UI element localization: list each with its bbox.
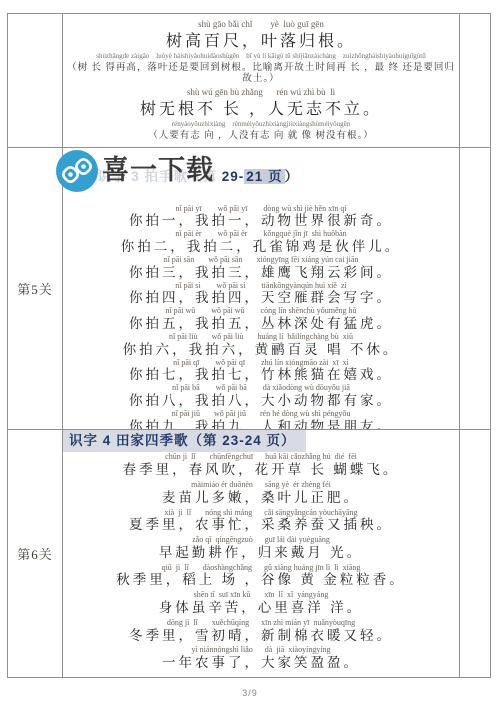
- verse-couplet: zǎo qǐ qíngēngzuò guī lái dài yuèguāng 早…: [63, 536, 459, 562]
- watermark-text: 喜一下载: [98, 155, 220, 188]
- hanzi-line: 你拍四，我拍四，天空雁群会写字。: [63, 290, 459, 307]
- pinyin-line: nǐ pāi liù wǒ pāi liù huáng lí bǎilíngch…: [63, 333, 459, 342]
- pinyin-line: shù gāo bǎi chǐ yè luò guī gēn: [67, 19, 455, 29]
- note-pinyin-line: shùzhǎngde zàigāo luòyè háishiyàohuídàos…: [67, 53, 455, 61]
- level-cell-6: 第6关: [8, 430, 63, 677]
- verse-couplet: nǐ pāi yī wǒ pāi yī dòng wù shì jiè hěn …: [63, 205, 459, 231]
- pinyin-line: màimiáo ér duōnèn sāng yè ér zhèng féi: [63, 481, 459, 490]
- verse-couplet: qiū jì lǐ dàoshàngchǎng gǔ xiàng huáng j…: [63, 564, 459, 590]
- hanzi-line: 你拍一，我拍一，动物世界很新奇。: [63, 213, 459, 230]
- page-number: 3/9: [0, 688, 500, 698]
- hanzi-line: 你拍八，我拍八，大小动物都有家。: [63, 393, 459, 410]
- pinyin-line: nǐ pāi bā wǒ pāi bā dà xiǎodòng wù dōuyǒ…: [63, 384, 459, 393]
- verse-couplet: nǐ pāi èr wǒ pāi èr kǒngquè jǐn jī shì h…: [63, 230, 459, 256]
- hanzi-line: 一年农事了，大家笑盈盈。: [63, 655, 459, 672]
- verse-couplet: nǐ pāi wǔ wǒ pāi wǔ cóng lín shēnchù yǒu…: [63, 307, 459, 333]
- level-label: 第5关: [17, 279, 53, 298]
- hanzi-line: 夏季里，农事忙，采桑养蚕又插秧。: [63, 517, 459, 534]
- lesson3-verses: nǐ pāi yī wǒ pāi yī dòng wù shì jiè hěn …: [63, 205, 459, 430]
- pinyin-line: nǐ pāi jiǔ wǒ pāi jiǔ rén hé dòng wù shì…: [63, 410, 459, 419]
- verse-couplet: xià jì lǐ nóng shì máng cǎi sāngyǎngcán …: [63, 509, 459, 535]
- hanzi-line: 你拍五，我拍五，丛林深处有猛虎。: [63, 316, 459, 333]
- note-line: （树 长 得再高，落叶还是要回到树根。比喻离开故土时间再 长 ，最 终 还是要回…: [67, 63, 455, 85]
- verse-couplet: chūn jì lǐ chūnfēngchuī huā kāi cǎozhǎng…: [63, 453, 459, 479]
- lesson4-verses: chūn jì lǐ chūnfēngchuī huā kāi cǎozhǎng…: [63, 452, 459, 674]
- verse-couplet: nǐ pāi qī wǒ pāi qī zhú lín xióngmāo zài…: [63, 359, 459, 385]
- note-line: （人要有志 向 ，人没有志 向 就 像 树没有根。）: [67, 131, 455, 142]
- pinyin-line: shù wú gēn bù zhǎng rén wú zhì bù lì: [67, 87, 455, 97]
- lesson4-cell: 识字 4 田家四季歌（第 23-24 页） chūn jì lǐ chūnfēn…: [63, 430, 459, 677]
- pinyin-line: nǐ pāi wǔ wǒ pāi wǔ cóng lín shēnchù yǒu…: [63, 307, 459, 316]
- verse-couplet: nǐ pāi sì wǒ pāi sì tiānkōngyànqún huì x…: [63, 282, 459, 308]
- hanzi-line: 你拍三，我拍三，雄鹰飞翔云彩间。: [63, 265, 459, 282]
- pinyin-line: chūn jì lǐ chūnfēngchuī huā kāi cǎozhǎng…: [63, 453, 459, 462]
- hanzi-line: 身体虽辛苦，心里喜洋 洋。: [63, 600, 459, 617]
- right-margin-cell: [459, 148, 490, 430]
- note-pinyin-line: rényàoyǒuzhìxiàng rénméiyǒuzhìxiàngjiùxi…: [67, 121, 455, 129]
- hanzi-line: 你拍六，我拍六，黄鹂百灵 唱 不休。: [63, 342, 459, 359]
- worksheet-table: shù gāo bǎi chǐ yè luò guī gēn 树高百尺，叶落归根…: [7, 13, 491, 678]
- hanzi-line: 你拍二，我拍二，孔雀锦鸡是伙伴儿。: [63, 239, 459, 256]
- verse-couplet: yì niánnóngshì liǎo dà jiā xiàoyíngyíng …: [63, 646, 459, 672]
- level-label: 第6关: [17, 544, 53, 563]
- lesson4-header: 识字 4 田家四季歌（第 23-24 页）: [63, 430, 306, 452]
- pinyin-line: nǐ pāi sān wǒ pāi sān xióngyīng fēi xián…: [63, 256, 459, 265]
- pinyin-line: nǐ pāi èr wǒ pāi èr kǒngquè jǐn jī shì h…: [63, 230, 459, 239]
- pinyin-line: yì niánnóngshì liǎo dà jiā xiàoyíngyíng: [63, 646, 459, 655]
- verse-couplet: nǐ pāi jiǔ wǒ pāi jiǔ rén hé dòng wù shì…: [63, 410, 459, 430]
- hanzi-line: 麦苗儿多嫩，桑叶儿正肥。: [63, 490, 459, 507]
- pinyin-line: shēn tǐ suī xīn kǔ xīn lǐ xǐ yángyáng: [63, 591, 459, 600]
- verse-couplet: màimiáo ér duōnèn sāng yè ér zhèng féi 麦…: [63, 481, 459, 507]
- verse-couplet: shēn tǐ suī xīn kǔ xīn lǐ xǐ yángyáng 身体…: [63, 591, 459, 617]
- hanzi-line: 秋季里，稻上 场 ，谷像 黄 金粒粒香。: [63, 572, 459, 589]
- hanzi-line: 春季里，春风吹，花开草 长 蝴蝶飞。: [63, 462, 459, 479]
- verse-couplet: nǐ pāi liù wǒ pāi liù huáng lí bǎilíngch…: [63, 333, 459, 359]
- right-margin-cell: [459, 14, 490, 148]
- label-cell-empty: [8, 14, 63, 148]
- hanzi-line: 冬季里，雪初晴，新制棉衣暖又轻。: [63, 628, 459, 645]
- lesson3-header-highlight: 21 页: [244, 169, 284, 184]
- pinyin-line: dōng jì lǐ xuěchūqíng xīn zhì mián yī nu…: [63, 619, 459, 628]
- verse-couplet: nǐ pāi bā wǒ pāi bā dà xiǎodòng wù dōuyǒ…: [63, 384, 459, 410]
- watermark: 喜一下载: [56, 150, 220, 192]
- hanzi-line: 早起勤耕作，归来戴月 光。: [63, 545, 459, 562]
- verse-couplet: dōng jì lǐ xuěchūqíng xīn zhì mián yī nu…: [63, 619, 459, 645]
- hanzi-line: 你拍九，我拍九，人和动物是朋友。: [63, 419, 459, 430]
- right-margin-cell: [459, 430, 490, 677]
- pinyin-line: zǎo qǐ qíngēngzuò guī lái dài yuèguāng: [63, 536, 459, 545]
- proverbs-cell: shù gāo bǎi chǐ yè luò guī gēn 树高百尺，叶落归根…: [63, 14, 459, 148]
- hanzi-line: 树无根不 长 ，人无志不立。: [67, 100, 455, 119]
- level-cell-5: 第5关: [8, 148, 63, 430]
- verse-couplet: nǐ pāi sān wǒ pāi sān xióngyīng fēi xián…: [63, 256, 459, 282]
- xiyixiazai-logo-icon: [56, 150, 98, 192]
- lesson3-header-post: ）: [285, 169, 300, 184]
- hanzi-line: 你拍七，我拍七，竹林熊猫在嬉戏。: [63, 367, 459, 384]
- hanzi-line: 树高百尺，叶落归根。: [67, 32, 455, 51]
